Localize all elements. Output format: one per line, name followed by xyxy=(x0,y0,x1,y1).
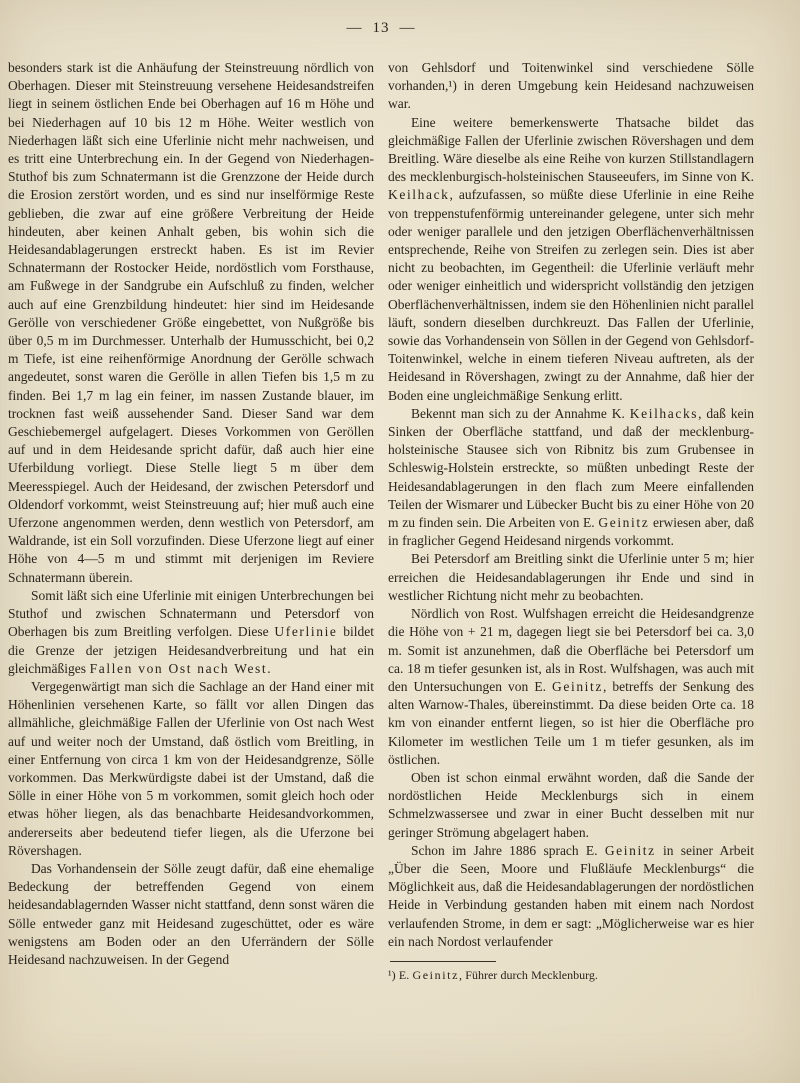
paragraph: Bekennt man sich zu der Annahme K. Keilh… xyxy=(388,405,754,551)
text-segment: Bekennt man sich zu der Annahme K. xyxy=(411,406,630,421)
footnote-divider xyxy=(390,961,496,962)
text-column-right: von Gehlsdorf und Toitenwinkel sind vers… xyxy=(388,59,754,983)
text-segment: Eine weitere bemerkenswerte Thatsache bi… xyxy=(388,115,754,185)
page-header: —13— xyxy=(8,20,754,37)
emphasized-text: Geinitz xyxy=(412,968,459,982)
text-segment: , aufzufassen, so müßte diese Uferlinie … xyxy=(388,187,754,402)
page-number: 13 xyxy=(373,20,390,36)
emphasized-text: Geinitz xyxy=(598,515,649,530)
emphasized-text: Fallen von Ost nach West xyxy=(90,661,268,676)
text-segment: Oben ist schon einmal erwähnt worden, da… xyxy=(388,770,754,840)
text-columns: besonders stark ist die Anhäufung der St… xyxy=(8,59,754,983)
emphasized-text: Keilhacks xyxy=(630,406,698,421)
emphasized-text: Keilhack xyxy=(388,187,450,202)
paragraph: Vergegenwärtigt man sich die Sachlage an… xyxy=(8,678,374,860)
text-segment: besonders stark ist die Anhäufung der St… xyxy=(8,60,374,585)
footnote-text: ¹) E. Geinitz, Führer durch Mecklenburg. xyxy=(388,967,754,983)
header-dash-right: — xyxy=(390,20,426,36)
text-column-left: besonders stark ist die Anhäufung der St… xyxy=(8,59,374,983)
paragraph: Eine weitere bemerkenswerte Thatsache bi… xyxy=(388,114,754,405)
text-segment: , daß kein Sinken der Oberfläche stattfa… xyxy=(388,406,754,530)
paragraph: Schon im Jahre 1886 sprach E. Geinitz in… xyxy=(388,842,754,951)
text-segment: Das Vorhandensein der Sölle zeugt dafür,… xyxy=(8,861,374,967)
book-page: —13— besonders stark ist die Anhäufung d… xyxy=(0,0,800,1083)
text-segment: in seiner Arbeit „Über die Seen, Moore u… xyxy=(388,843,754,949)
text-segment: Vergegenwärtigt man sich die Sachlage an… xyxy=(8,679,374,858)
text-segment: , Führer durch Mecklenburg. xyxy=(459,968,598,982)
paragraph: Somit läßt sich eine Uferlinie mit einig… xyxy=(8,587,374,678)
paragraph: Nördlich von Rost. Wulfshagen erreicht d… xyxy=(388,605,754,769)
paragraph: besonders stark ist die Anhäufung der St… xyxy=(8,59,374,587)
text-segment: . xyxy=(267,661,270,676)
header-dash-left: — xyxy=(337,20,373,36)
paragraph: Das Vorhandensein der Sölle zeugt dafür,… xyxy=(8,860,374,969)
text-segment: Bei Petersdorf am Breitling sinkt die Uf… xyxy=(388,551,754,602)
text-segment: ¹) E. xyxy=(388,968,412,982)
emphasized-text: Geinitz xyxy=(605,843,656,858)
footnote-block: ¹) E. Geinitz, Führer durch Mecklenburg. xyxy=(388,961,754,983)
emphasized-text: Geinitz xyxy=(552,679,603,694)
text-segment: von Gehlsdorf und Toitenwinkel sind vers… xyxy=(388,60,754,111)
paragraph: Bei Petersdorf am Breitling sinkt die Uf… xyxy=(388,550,754,605)
emphasized-text: Uferlinie xyxy=(274,624,337,639)
text-segment: Schon im Jahre 1886 sprach E. xyxy=(411,843,605,858)
paragraph: Oben ist schon einmal erwähnt worden, da… xyxy=(388,769,754,842)
paragraph: von Gehlsdorf und Toitenwinkel sind vers… xyxy=(388,59,754,114)
